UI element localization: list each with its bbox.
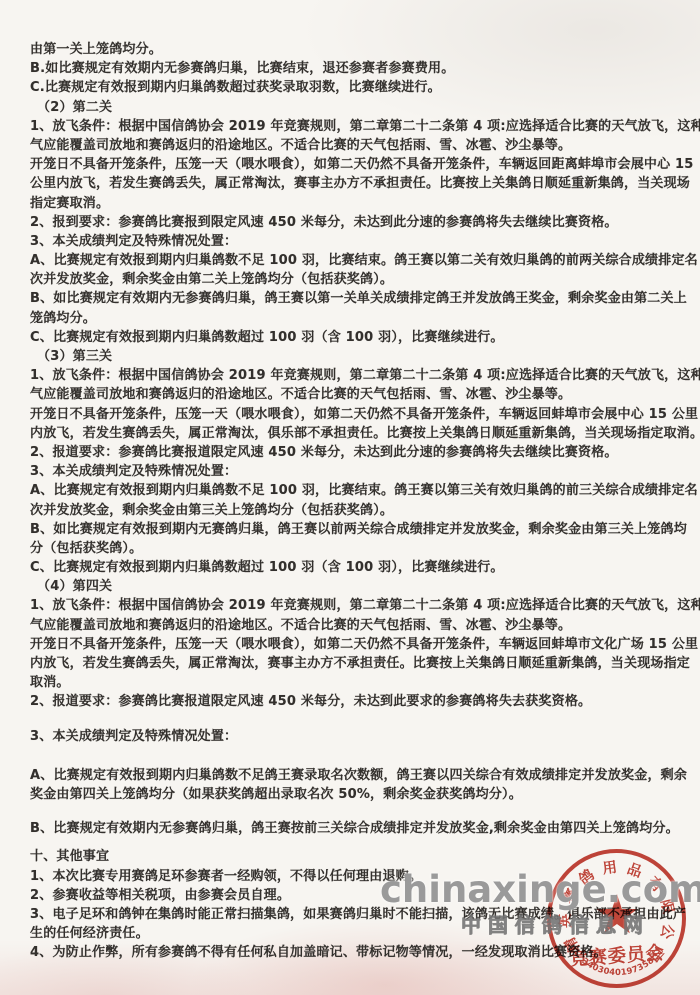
scanned-document-page: 由第一关上笼鸽均分。B.如比赛规定有效期内无参赛鸽归巢，比赛结束，退还参赛者参赛…: [0, 0, 700, 995]
text-line: 1、放飞条件：根据中国信鸽协会 2019 年竞赛规则，第二章第二十二条第 4 项…: [30, 117, 674, 136]
text-line: 内放飞，若发生赛鸽丢失，属正常淘汰，俱乐部不承担责任。比赛按上关集鸽日顺延重新集…: [30, 424, 674, 443]
text-line: B、如比赛规定有效报到期内无赛鸽归巢，鸽王赛以前两关综合成绩排定并发放奖金，剩余…: [30, 520, 674, 539]
text-line: B.如比赛规定有效期内无参赛鸽归巢，比赛结束，退还参赛者参赛费用。: [30, 59, 674, 78]
text-line: 笼鸽均分。: [30, 309, 674, 328]
text-line: 3、本关成绩判定及特殊情况处置：: [30, 727, 674, 746]
text-line: 1、放飞条件：根据中国信鸽协会 2019 年竞赛规则，第二章第二十二条第 4 项…: [30, 366, 674, 385]
text-line: C、比赛规定有效报到期内归巢鸽数超过 100 羽（含 100 羽），比赛继续进行…: [30, 328, 674, 347]
text-line: 内放飞，若发生赛鸽丢失，属正常淘汰，赛事主办方不承担责任。比赛按上关集鸽日顺延重…: [30, 654, 674, 673]
text-line: （3）第三关: [30, 347, 674, 366]
text-line: 开笼日不具备开笼条件，压笼一天（喂水喂食），如第二天仍然不具备开笼条件，车辆返回…: [30, 405, 674, 424]
chinese-site-watermark: 中国信鸽信息网: [461, 914, 650, 936]
text-line: 3、本关成绩判定及特殊情况处置：: [30, 462, 674, 481]
text-line: 气应能覆盖司放地和赛鸽返归的沿途地区。不适合比赛的天气包括雨、雪、冰雹、沙尘暴等…: [30, 616, 674, 635]
text-line: A、比赛规定有效报到期内归巢鸽数不足 100 羽，比赛结束。鸽王赛以第二关有效归…: [30, 251, 674, 270]
text-line: （4）第四关: [30, 577, 674, 596]
text-line: A、比赛规定有效报到期内归巢鸽数不足 100 羽，比赛结束。鸽王赛以第三关有效归…: [30, 481, 674, 500]
text-line: （2）第二关: [30, 98, 674, 117]
text-line: B、比赛规定有效期内无参赛鸽归巢，鸽王赛按前三关综合成绩排定并发放奖金,剩余奖金…: [30, 819, 674, 838]
text-line: 取消。: [30, 673, 674, 692]
text-line: 公里内放飞，若发生赛鸽丢失，属正常淘汰，赛事主办方不承担责任。比赛按上关集鸽日顺…: [30, 174, 674, 193]
text-line: 指定赛取消。: [30, 194, 674, 213]
text-line: 2、报道要求：参赛鸽比赛报道限定风速 450 米每分，未达到此要求的参赛鸽将失去…: [30, 692, 674, 711]
text-line: 2、报到要求：参赛鸽比赛报到限定风速 450 米每分，未达到此分速的参赛鸽将失去…: [30, 213, 674, 232]
text-line: 3、本关成绩判定及特殊情况处置：: [30, 232, 674, 251]
text-line: 2、报道要求：参赛鸽比赛报道限定风速 450 米每分，未达到此分速的参赛鸽将失去…: [30, 443, 674, 462]
text-line: 次并发放奖金，剩余奖金由第二关上笼鸽均分（包括获奖鸽）。: [30, 270, 674, 289]
chinaxinge-watermark: chinaxinge.com: [380, 871, 700, 909]
text-line: C、比赛规定有效报到期内归巢鸽数超过 100 羽（含 100 羽），比赛继续进行…: [30, 558, 674, 577]
text-line: 由第一关上笼鸽均分。: [30, 40, 674, 59]
text-line: 开笼日不具备开笼条件，压笼一天（喂水喂食），如第二天仍然不具备开笼条件，车辆返回…: [30, 635, 674, 654]
text-line: 气应能覆盖司放地和赛鸽返归的沿途地区。不适合比赛的天气包括雨、雪、冰雹、沙尘暴等…: [30, 385, 674, 404]
document-text-block: 由第一关上笼鸽均分。B.如比赛规定有效期内无参赛鸽归巢，比赛结束，退还参赛者参赛…: [0, 0, 700, 962]
text-line: A、比赛规定有效报到期内归巢鸽数不足鸽王赛录取名次数额，鸽王赛以四关综合有效成绩…: [30, 766, 674, 785]
text-line: 分（包括获奖鸽）。: [30, 539, 674, 558]
text-line: 开笼日不具备开笼条件，压笼一天（喂水喂食），如第二天仍然不具备开笼条件，车辆返回…: [30, 155, 674, 174]
text-line: C.比赛规定有效报到期内归巢鸽数超过获奖录取羽数，比赛继续进行。: [30, 78, 674, 97]
text-line: 气应能覆盖司放地和赛鸽返归的沿途地区。不适合比赛的天气包括雨、雪、冰雹、沙尘暴等…: [30, 136, 674, 155]
text-line: 次并发放奖金，剩余奖金由第三关上笼鸽均分（包括获奖鸽）。: [30, 501, 674, 520]
text-line: 奖金由第四关上笼鸽均分（如果获奖鸽超出录取名次 50%，剩余奖金获奖鸽均分）。: [30, 785, 674, 804]
text-line: B、如比赛规定有效期内无参赛鸽归巢，鸽王赛以第一关单关成绩排定鸽王并发放鸽王奖金…: [30, 289, 674, 308]
text-line: 1、放飞条件：根据中国信鸽协会 2019 年竞赛规则，第二章第二十二条第 4 项…: [30, 596, 674, 615]
